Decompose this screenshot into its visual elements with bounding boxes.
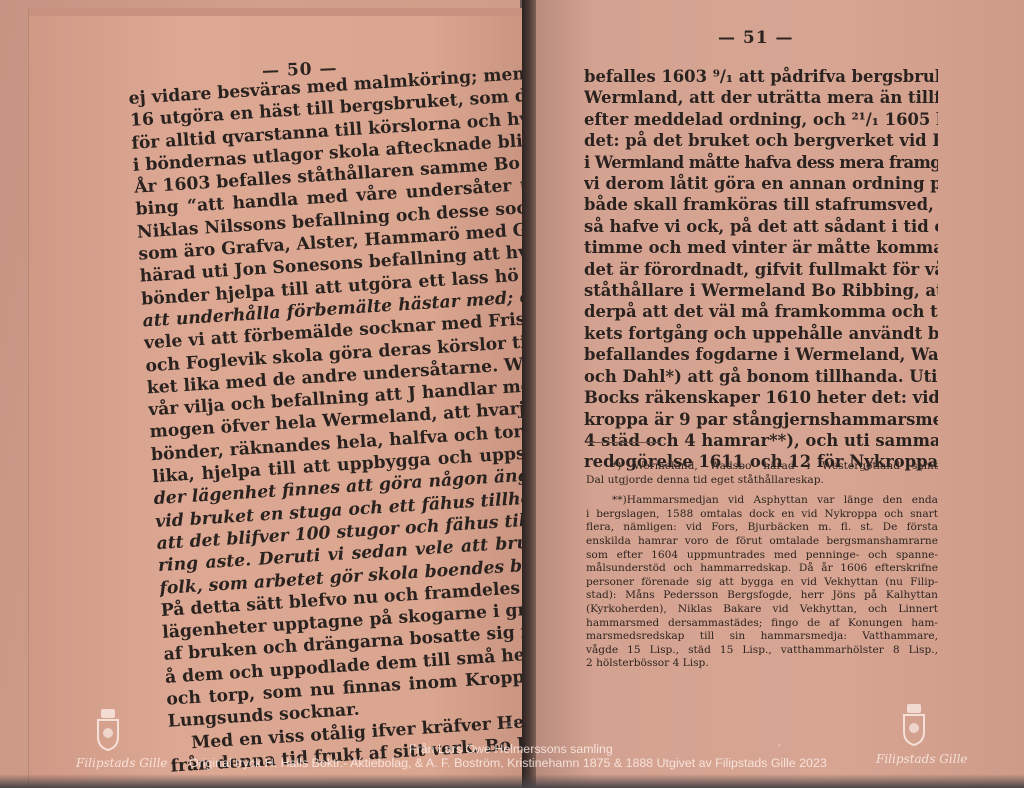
logo-label-right: Filipstads Gille — [876, 752, 968, 766]
footnote-line: flera, nämligen: vid Fors, Bjurbäcken m.… — [586, 521, 938, 535]
footnote-divider — [585, 442, 660, 443]
scan-bottom-edge — [0, 774, 1024, 788]
text-line: det: på det bruket och bergverket vid Kr… — [584, 130, 938, 151]
print-credit: Original tryck H. Halls Boktr.- Aktiebol… — [189, 756, 827, 770]
footnote-line: stad): Måns Pedersson Bergsfogde, herr J… — [586, 589, 938, 603]
left-page-body: ej vidare besväras med malmköring; men h… — [128, 62, 583, 778]
footnote-line: (Kyrkoherden), Niklas Bakare vid Vekhytt… — [586, 603, 938, 617]
footnote-line: som efter 1604 uppmuntrades med penninge… — [586, 549, 938, 563]
text-line: vi derom låtit göra en annan ordning på … — [584, 173, 938, 194]
footnote-line: **)Hammarsmedjan vid Asphyttan var länge… — [586, 494, 938, 508]
footnote-line: vågde 15 Lisp., städ 15 Lisp., vatthamma… — [586, 644, 938, 658]
crest-left — [76, 705, 140, 785]
text-line: både skall framköras till stafrumsved, m… — [584, 194, 938, 215]
text-line: i Wermland måtte hafva dess mera framgån… — [584, 152, 938, 173]
text-line: ståthållare i Wermeland Bo Ribbing, att … — [584, 280, 938, 301]
footnote-line: hammarsmed dersammastädes; fingo de af K… — [586, 617, 938, 631]
text-line: 4 städ och 4 hamrar**), och uti samma ma… — [584, 430, 938, 451]
coat-of-arms-icon — [96, 709, 120, 751]
text-line: befalles 1603 ⁹/₁ att pådrifva bergsbruk… — [584, 66, 938, 87]
footnotes: *) Wermeland, Wadsbo härad i Westergötla… — [586, 460, 938, 671]
right-page-number: — 51 — — [718, 28, 794, 48]
text-line: Bocks räkenskaper 1610 heter det: vid Ny… — [584, 387, 938, 408]
footnote-line: 2 hölsterbössor 4 Lisp. — [586, 657, 938, 671]
footnote-line: enskilda hamrar voro de förut omtalade b… — [586, 535, 938, 549]
text-line: så hafve vi ock, på det att sådant i tid… — [584, 216, 938, 237]
footnote-line: marsmedsredskap till sin hammarsmedja: V… — [586, 630, 938, 644]
footnote-line: målsunderstöd och hammarredskap. Då år 1… — [586, 562, 938, 576]
text-line: Wermland, att der uträtta mera än tillfö… — [584, 87, 938, 108]
logo-label-left: Filipstads Gille — [76, 756, 168, 770]
coat-of-arms-icon — [902, 704, 926, 746]
footnote-line: personer förenade sig att bygga en vid V… — [586, 576, 938, 590]
text-line: derpå att det väl må framkomma och till … — [584, 301, 938, 322]
right-page-body: befalles 1603 ⁹/₁ att pådrifva bergsbruk… — [584, 66, 938, 473]
text-line: efter meddelad ordning, och ²¹/₁ 1605 he… — [584, 109, 938, 130]
text-line: och Dahl*) att gå bonom tillhanda. Uti J… — [584, 366, 938, 387]
crest-right — [882, 700, 946, 780]
footnote-line: *) Wermeland, Wadsbo härad i Westergötla… — [586, 460, 938, 474]
text-line: kroppa är 9 par stångjernshammarsmedsbäl… — [584, 409, 938, 430]
collection-credit: Från Lars Owe Helmerssons samling — [409, 742, 613, 756]
text-line: kets fortgång och uppehålle användt blif… — [584, 323, 938, 344]
footnote-line: i bergslagen, 1588 omtalas dock en vid N… — [586, 508, 938, 522]
footnote-line: Dal utgjorde denna tid eget ståthållares… — [586, 474, 938, 488]
text-line: befallandes fogdarne i Wermeland, Wadsbo — [584, 344, 938, 365]
center-mark: * — [778, 744, 781, 751]
page-marker: 27 — [508, 722, 516, 729]
text-line: timme och med vinter är måtte komma dit — [584, 237, 938, 258]
text-line: det är förordnadt, gifvit fullmakt för v… — [584, 259, 938, 280]
book-spread: — 50 — ej vidare besväras med malmköring… — [0, 0, 1024, 788]
